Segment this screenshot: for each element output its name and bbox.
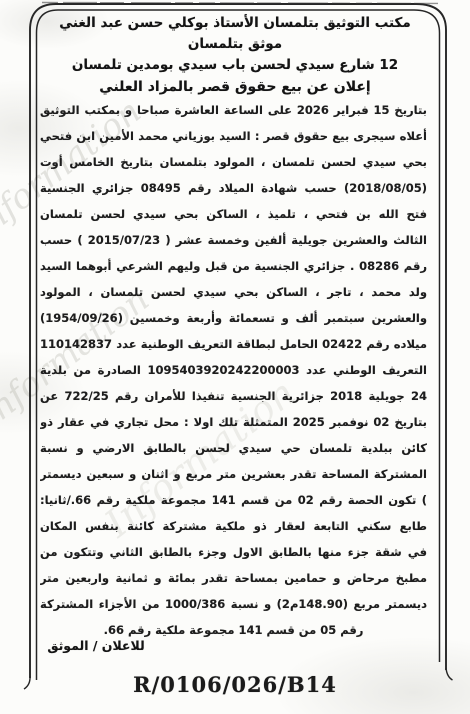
body-line: في شقة جزء منها بالطابق الاول وجزء بالطا… xyxy=(40,539,427,565)
body-line: رقم 08286 . جزائري الجنسية من قبل وليهم … xyxy=(40,253,427,279)
body-line: بحي سيدي لحسن تلمسان ، المولود بتلمسان ب… xyxy=(40,149,427,175)
body-line: أعلاه سيجرى بيع حقوق قصر : السيد بوزياني… xyxy=(40,123,427,149)
notary-office-line: مكتب التوثيق بتلمسان الأستاذ بوكلي حسن ع… xyxy=(46,13,424,55)
body-line: ) تكون الحصة رقم 02 من قسم 141 مجموعة مل… xyxy=(40,487,427,513)
body-line: طابع سكني التابعة لعقار ذو ملكية مشتركة … xyxy=(40,513,427,539)
body-line: بتاريخ 15 فبراير 2026 على الساعة العاشرة… xyxy=(40,97,427,123)
body-line: بتاريخ 02 نوفمبر 2025 المتمثلة تلك اولا … xyxy=(40,409,427,435)
announcement-title: إعلان عن بيع حقوق قصر بالمزاد العلني xyxy=(46,76,424,99)
notary-signature-label: للاعلان / الموثق xyxy=(30,638,162,653)
body-line: كائن ببلدية تلمسان حي سيدي لحسن بالطابق … xyxy=(40,435,427,461)
announcement-body: بتاريخ 15 فبراير 2026 على الساعة العاشرة… xyxy=(40,97,427,643)
body-line: مطبخ مرحاض و حمامين بمساحة تقدر بمائة و … xyxy=(40,565,427,591)
body-line: والعشرين سبتمبر ألف و تسعمائة وأربعة وخم… xyxy=(40,305,427,331)
body-line: المشتركة المساحة تقدر بعشرين متر مربع و … xyxy=(40,461,427,487)
body-line: ميلاده رقم 02422 الحامل لبطاقة التعريف ا… xyxy=(40,331,427,357)
scanned-notary-announcement: Information Information Information مكتب… xyxy=(0,0,470,714)
body-line: ولد محمد ، تاجر ، الساكن بحي سيدي لحسن ت… xyxy=(40,279,427,305)
document-header: مكتب التوثيق بتلمسان الأستاذ بوكلي حسن ع… xyxy=(46,13,424,99)
body-line: 24 جويلية 2018 جزائرية الجنسية تنفيذا لل… xyxy=(40,383,427,409)
body-line: الثالث والعشرين جويلية ألفين وخمسة عشر (… xyxy=(40,227,427,253)
body-line: التعريف الوطني عدد 1095403920242200003 ا… xyxy=(40,357,427,383)
body-line: فتح الله بن فتحي ، تلميذ ، الساكن بحي سي… xyxy=(40,201,427,227)
office-address-line: 12 شارع سيدي لحسن باب سيدي بومدين تلمسان xyxy=(46,55,424,76)
reference-number: R/0106/026/B14 xyxy=(0,672,470,697)
body-line: (2018/08/05) حسب شهادة الميلاد رقم 08495… xyxy=(40,175,427,201)
body-line: ديسمتر مربع (148.90م2) و نسبة 1000/386 م… xyxy=(40,591,427,617)
